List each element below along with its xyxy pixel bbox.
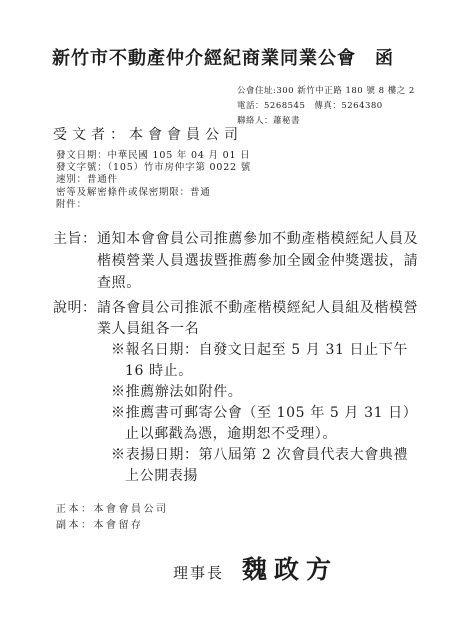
association-contact-person: 聯絡人：蕭秘書	[237, 114, 415, 129]
description-intro: 請各會員公司推派不動產楷模經紀人員組及楷模營業人員組各一名	[97, 298, 419, 340]
copies-block: 正本：本會會員公司 副本：本會留存	[56, 502, 169, 533]
meta-issue-date: 發文日期：中華民國 105 年 04 月 01 日	[56, 150, 251, 162]
recipient-line: 受文者：本會會員公司	[53, 124, 243, 144]
meta-security-class: 密等及解密條件或保密期限：普通	[56, 187, 251, 199]
meta-speed-class: 速別：普通件	[56, 174, 251, 186]
association-address: 公會住址:300 新竹中正路 180 號 8 樓之 2	[237, 84, 415, 99]
meta-reference-number: 發文字號：（105）竹市房仲字第 0022 號	[56, 162, 251, 174]
association-contact-block: 公會住址:300 新竹中正路 180 號 8 樓之 2 電話：5268545 傳…	[237, 84, 415, 129]
association-phone-fax: 電話：5268545 傳真：5264380	[237, 99, 415, 114]
copy-duplicate-line: 副本：本會留存	[56, 518, 169, 534]
description-content: 請各會員公司推派不動產楷模經紀人員組及楷模營業人員組各一名 ※報名日期：自發文日…	[97, 298, 419, 487]
signature-title: 理事長	[173, 562, 224, 583]
subject-label: 主旨：	[53, 228, 97, 250]
document-title: 新竹市不動產仲介經紀商業同業公會 函	[52, 44, 394, 70]
signature-block: 理事長 魏政方	[173, 550, 338, 586]
official-letter-page: 新竹市不動產仲介經紀商業同業公會 函 公會住址:300 新竹中正路 180 號 …	[0, 0, 452, 640]
signature-name: 魏政方	[242, 550, 338, 586]
subject-text: 通知本會會員公司推薦參加不動產楷模經紀人員及楷模營業人員選拔暨推薦參加全國金仲獎…	[97, 228, 419, 294]
meta-attachment: 附件：	[56, 199, 251, 211]
description-item-registration-date: ※報名日期：自發文日起至 5 月 31 日止下午 16 時止。	[97, 340, 419, 382]
copy-original-line: 正本：本會會員公司	[56, 502, 169, 518]
description-item-method: ※推薦辦法如附件。	[97, 382, 419, 403]
subject-section: 主旨： 通知本會會員公司推薦參加不動產楷模經紀人員及楷模營業人員選拔暨推薦參加全…	[53, 228, 419, 294]
description-item-award-date: ※表揚日期：第八屆第 2 次會員代表大會典禮上公開表揚	[97, 445, 419, 487]
description-section: 說明： 請各會員公司推派不動產楷模經紀人員組及楷模營業人員組各一名 ※報名日期：…	[53, 298, 419, 487]
description-item-mailing: ※推薦書可郵寄公會（至 105 年 5 月 31 日）止以郵戳為憑，逾期恕不受理…	[97, 403, 419, 445]
description-label: 說明：	[53, 298, 97, 319]
document-meta-block: 發文日期：中華民國 105 年 04 月 01 日 發文字號：（105）竹市房仲…	[56, 150, 251, 211]
